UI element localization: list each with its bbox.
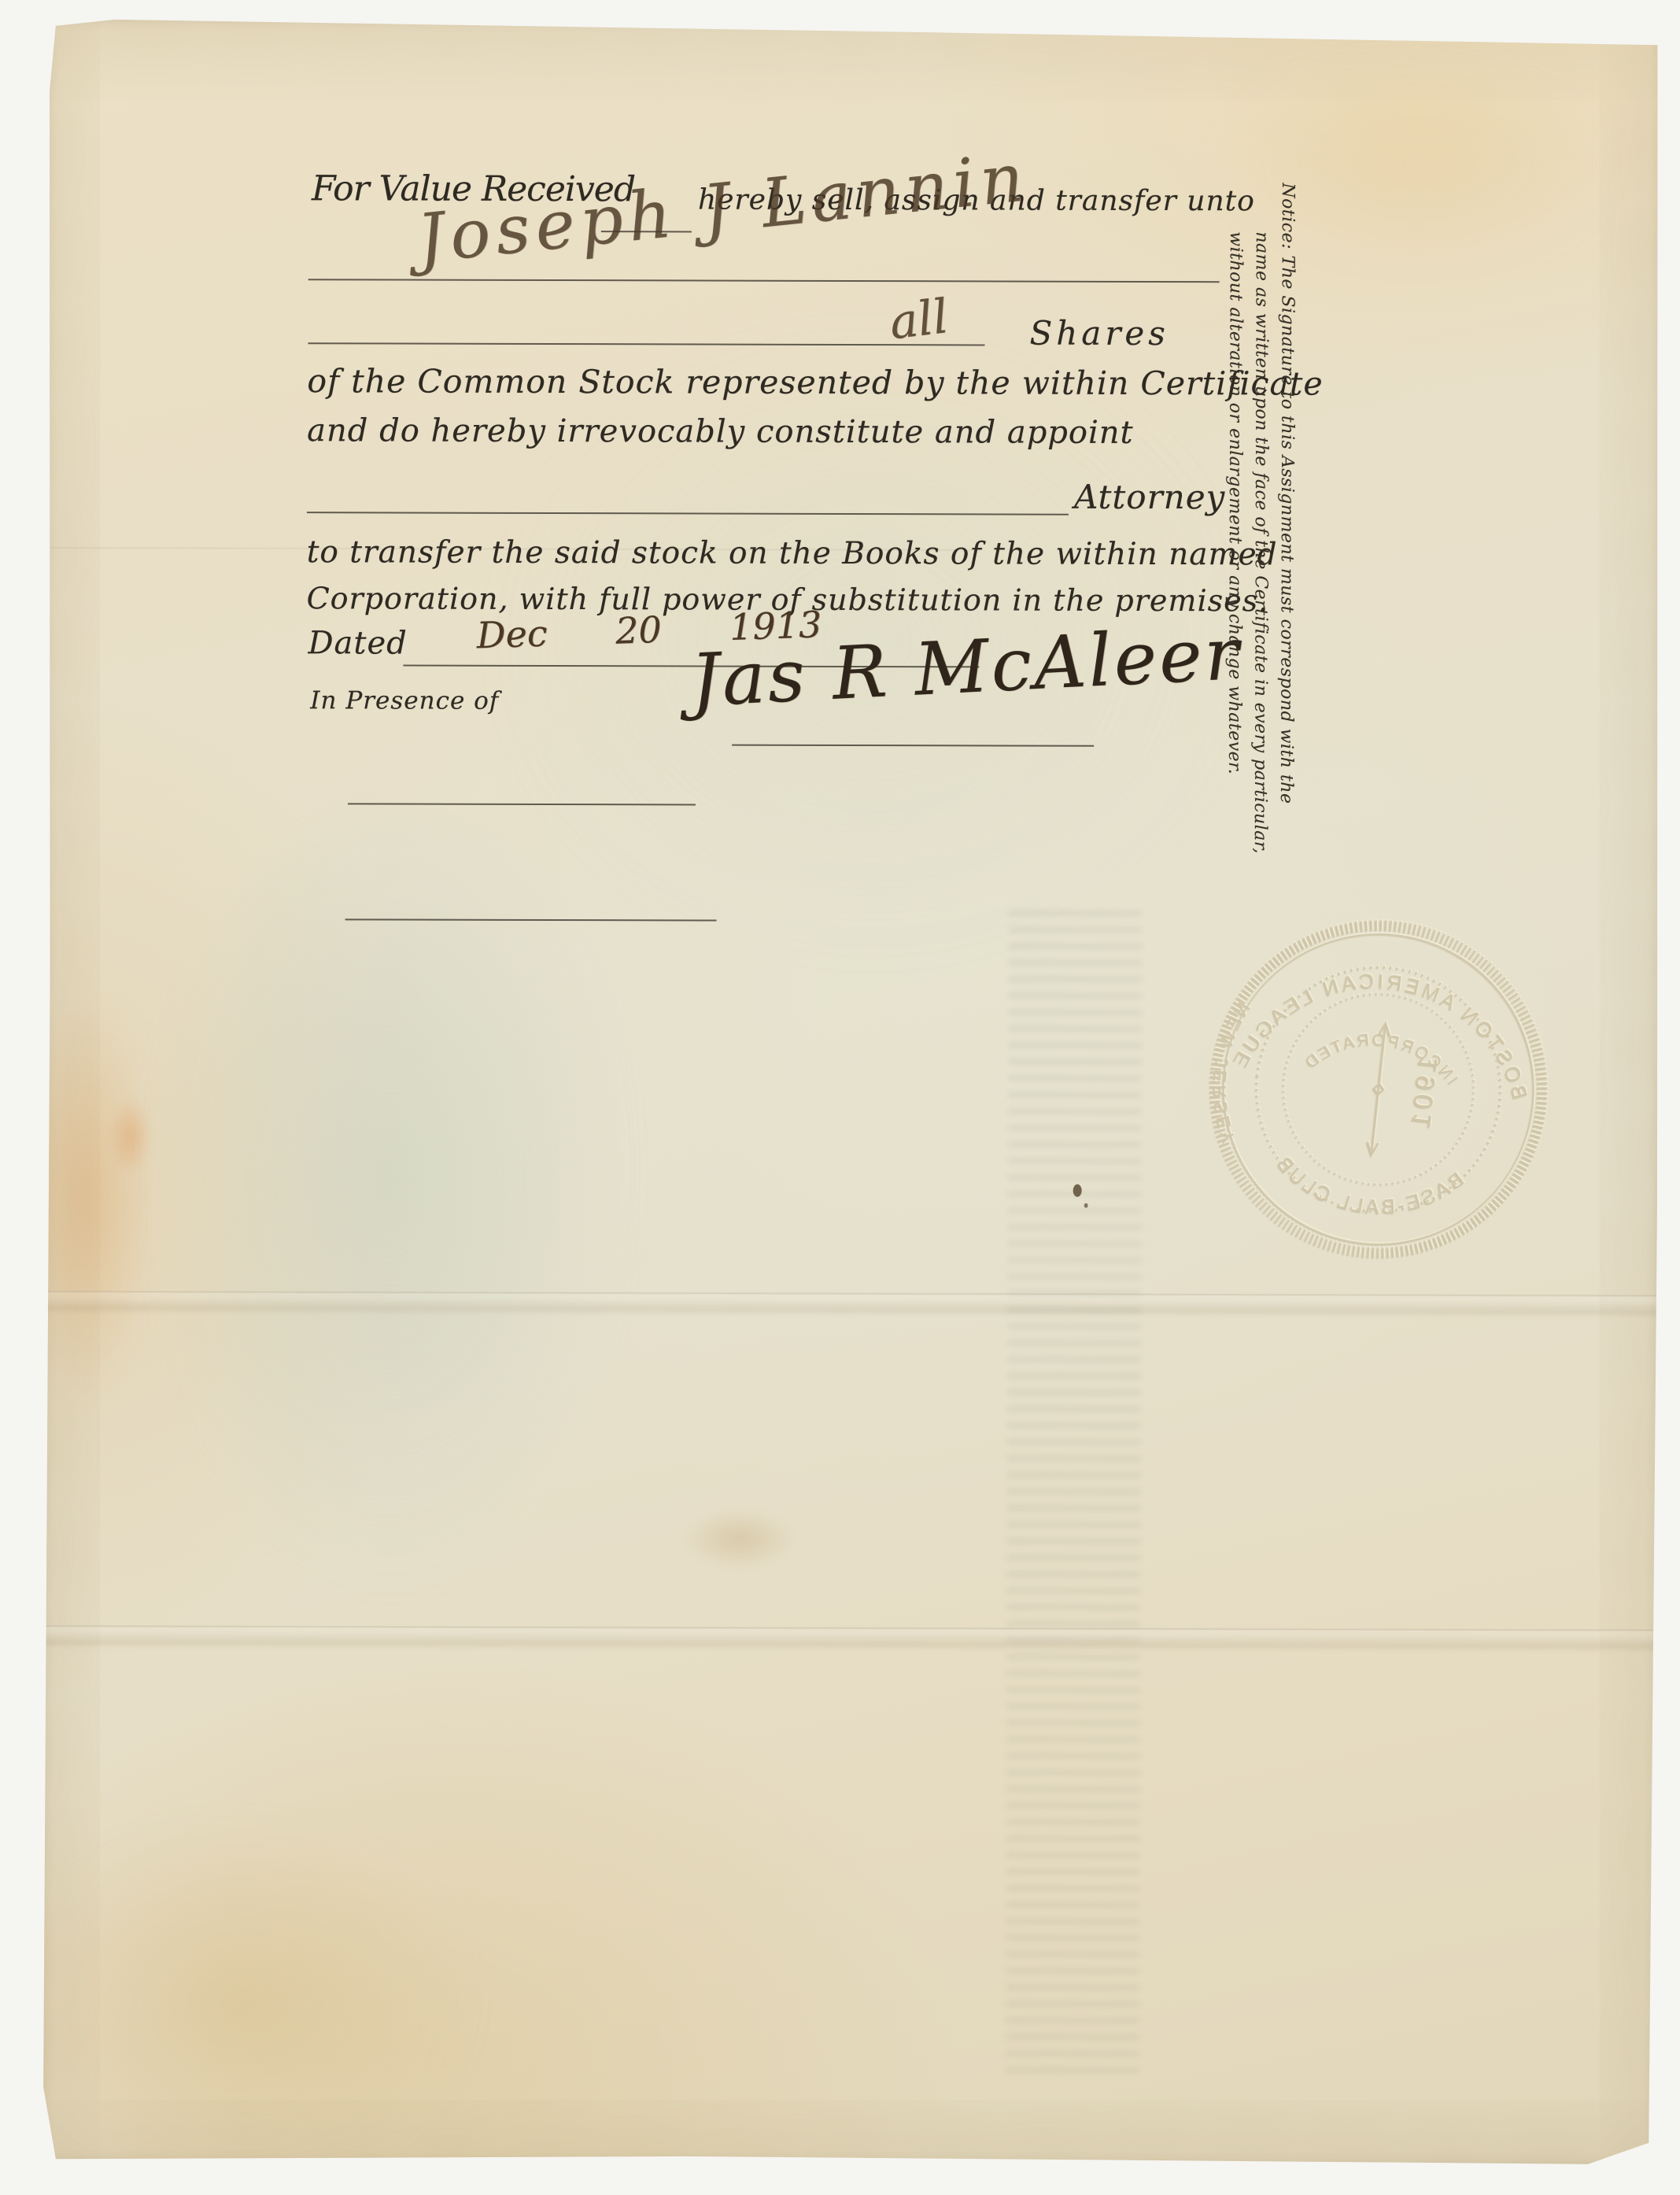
quantity-written: all — [887, 289, 951, 350]
ghost-showthrough-large — [129, 814, 651, 1618]
photo-backdrop: For Value Received hereby sell, assign a… — [0, 0, 1680, 2195]
stain-bottom-center — [680, 1507, 798, 1570]
certificate-back-sheet: For Value Received hereby sell, assign a… — [41, 18, 1661, 2166]
ink-speck-1 — [1073, 1184, 1082, 1197]
witness-line-1 — [348, 803, 696, 805]
shares-label: Shares — [1029, 314, 1169, 353]
embossed-corporate-seal: BOSTON AMERICAN LEAGUE NEW JERSEY BASE-B… — [1183, 893, 1575, 1285]
stock-clause: of the Common Stock represented by the w… — [307, 362, 1323, 402]
ghost-text-column — [1006, 911, 1143, 2075]
assignee-line — [308, 279, 1220, 283]
notice-line-3: without alteration or enlargement or any… — [1221, 183, 1249, 891]
appoint-clause: and do hereby irrevocably constitute and… — [307, 412, 1134, 451]
notice-line-2: name as written upon the face of the Cer… — [1247, 183, 1275, 891]
stain-left-small — [107, 1093, 154, 1180]
seal-year-text: 1901 — [1406, 1055, 1444, 1133]
presence-label: In Presence of — [310, 686, 499, 715]
attorney-label: Attorney — [1074, 478, 1225, 517]
assignee-signature: Joseph J Lannin — [414, 139, 1032, 279]
ink-speck-2 — [1084, 1203, 1088, 1208]
dated-label: Dated — [308, 625, 407, 661]
fold-crease-lower-shadow — [42, 1628, 1657, 1649]
stain-bottom-left — [0, 1813, 483, 2192]
notice-line-1: Notice: The Signature to this Assignment… — [1273, 183, 1301, 891]
assignment-notice: Notice: The Signature to this Assignment… — [1221, 183, 1301, 891]
seal-arc-right-text: NEW JERSEY — [1202, 996, 1255, 1150]
seal-svg: BOSTON AMERICAN LEAGUE NEW JERSEY BASE-B… — [1183, 893, 1575, 1285]
books-clause: to transfer the said stock on the Books … — [307, 534, 1278, 572]
stain-left-edge — [20, 986, 154, 1411]
seal-arc-bottom-text: BASE-BALL CLUB — [1266, 1147, 1471, 1229]
